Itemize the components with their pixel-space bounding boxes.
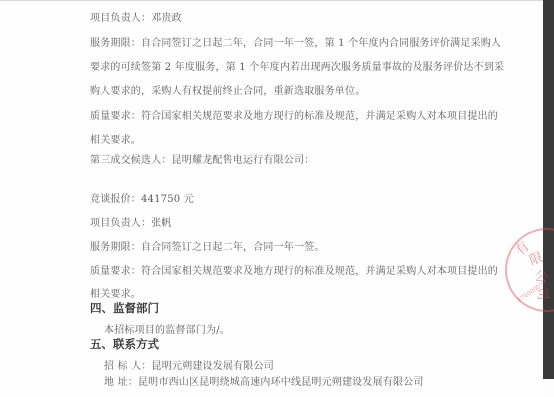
service-period-line-3: 购人要求的，采购人有权提前终止合同，重新选取服务单位。 bbox=[90, 82, 365, 97]
service-period-line-1: 服务期限：自合同签订之日起二年，合同一年一签，第 1 个年度内合同服务评价满足采… bbox=[90, 34, 501, 49]
contact-tenderer: 招 标 人：昆明元朔建设发展有限公司 bbox=[104, 357, 274, 372]
section-supervision-heading: 四、监督部门 bbox=[90, 300, 159, 316]
contact-address: 地 址：昆明市西山区昆明绕城高速内环中线昆明元朔建设发展有限公司 bbox=[104, 373, 424, 388]
quality-req-2-line-2: 相关要求。 bbox=[90, 285, 141, 300]
section-contact-heading: 五、联系方式 bbox=[90, 336, 159, 352]
viewer-scrollbar-gutter[interactable] bbox=[543, 0, 554, 379]
page-top-border bbox=[0, 0, 543, 1]
quality-req-2-line-1: 质量要求：符合国家相关规范要求及地方现行的标准及规范，并满足采购人对本项目提出的 bbox=[90, 262, 498, 277]
third-candidate: 第三成交候选人：昆明耀龙配售电运行有限公司： bbox=[90, 151, 314, 166]
supervision-body: 本招标项目的监督部门为/。 bbox=[104, 321, 230, 336]
quality-req-line-1: 质量要求：符合国家相关规范要求及地方现行的标准及规范，并满足采购人对本项目提出的 bbox=[90, 107, 498, 122]
service-period-line-2: 要求的可续签第 2 年度服务，第 1 个年度内若出现两次服务质量事故的及服务评价… bbox=[90, 58, 504, 73]
quality-req-line-2: 相关要求。 bbox=[90, 131, 141, 146]
bid-price: 竞谈报价：441750 元 bbox=[90, 190, 194, 205]
project-lead-2: 项目负责人：张帆 bbox=[90, 214, 172, 229]
project-lead-1: 项目负责人：邓贵政 bbox=[90, 9, 182, 24]
service-period-2: 服务期限：自合同签订之日起二年，合同一年一签。 bbox=[90, 238, 325, 253]
